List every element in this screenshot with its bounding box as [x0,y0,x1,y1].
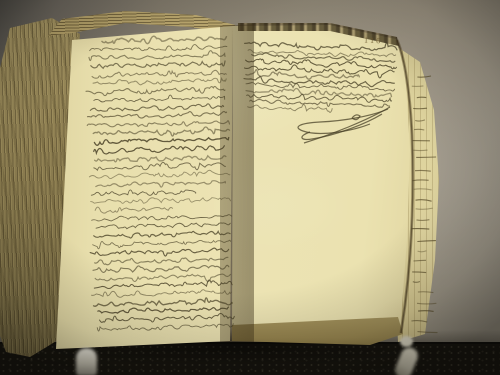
vignette-overlay [0,0,500,375]
manuscript-photo: 116 [0,0,500,375]
